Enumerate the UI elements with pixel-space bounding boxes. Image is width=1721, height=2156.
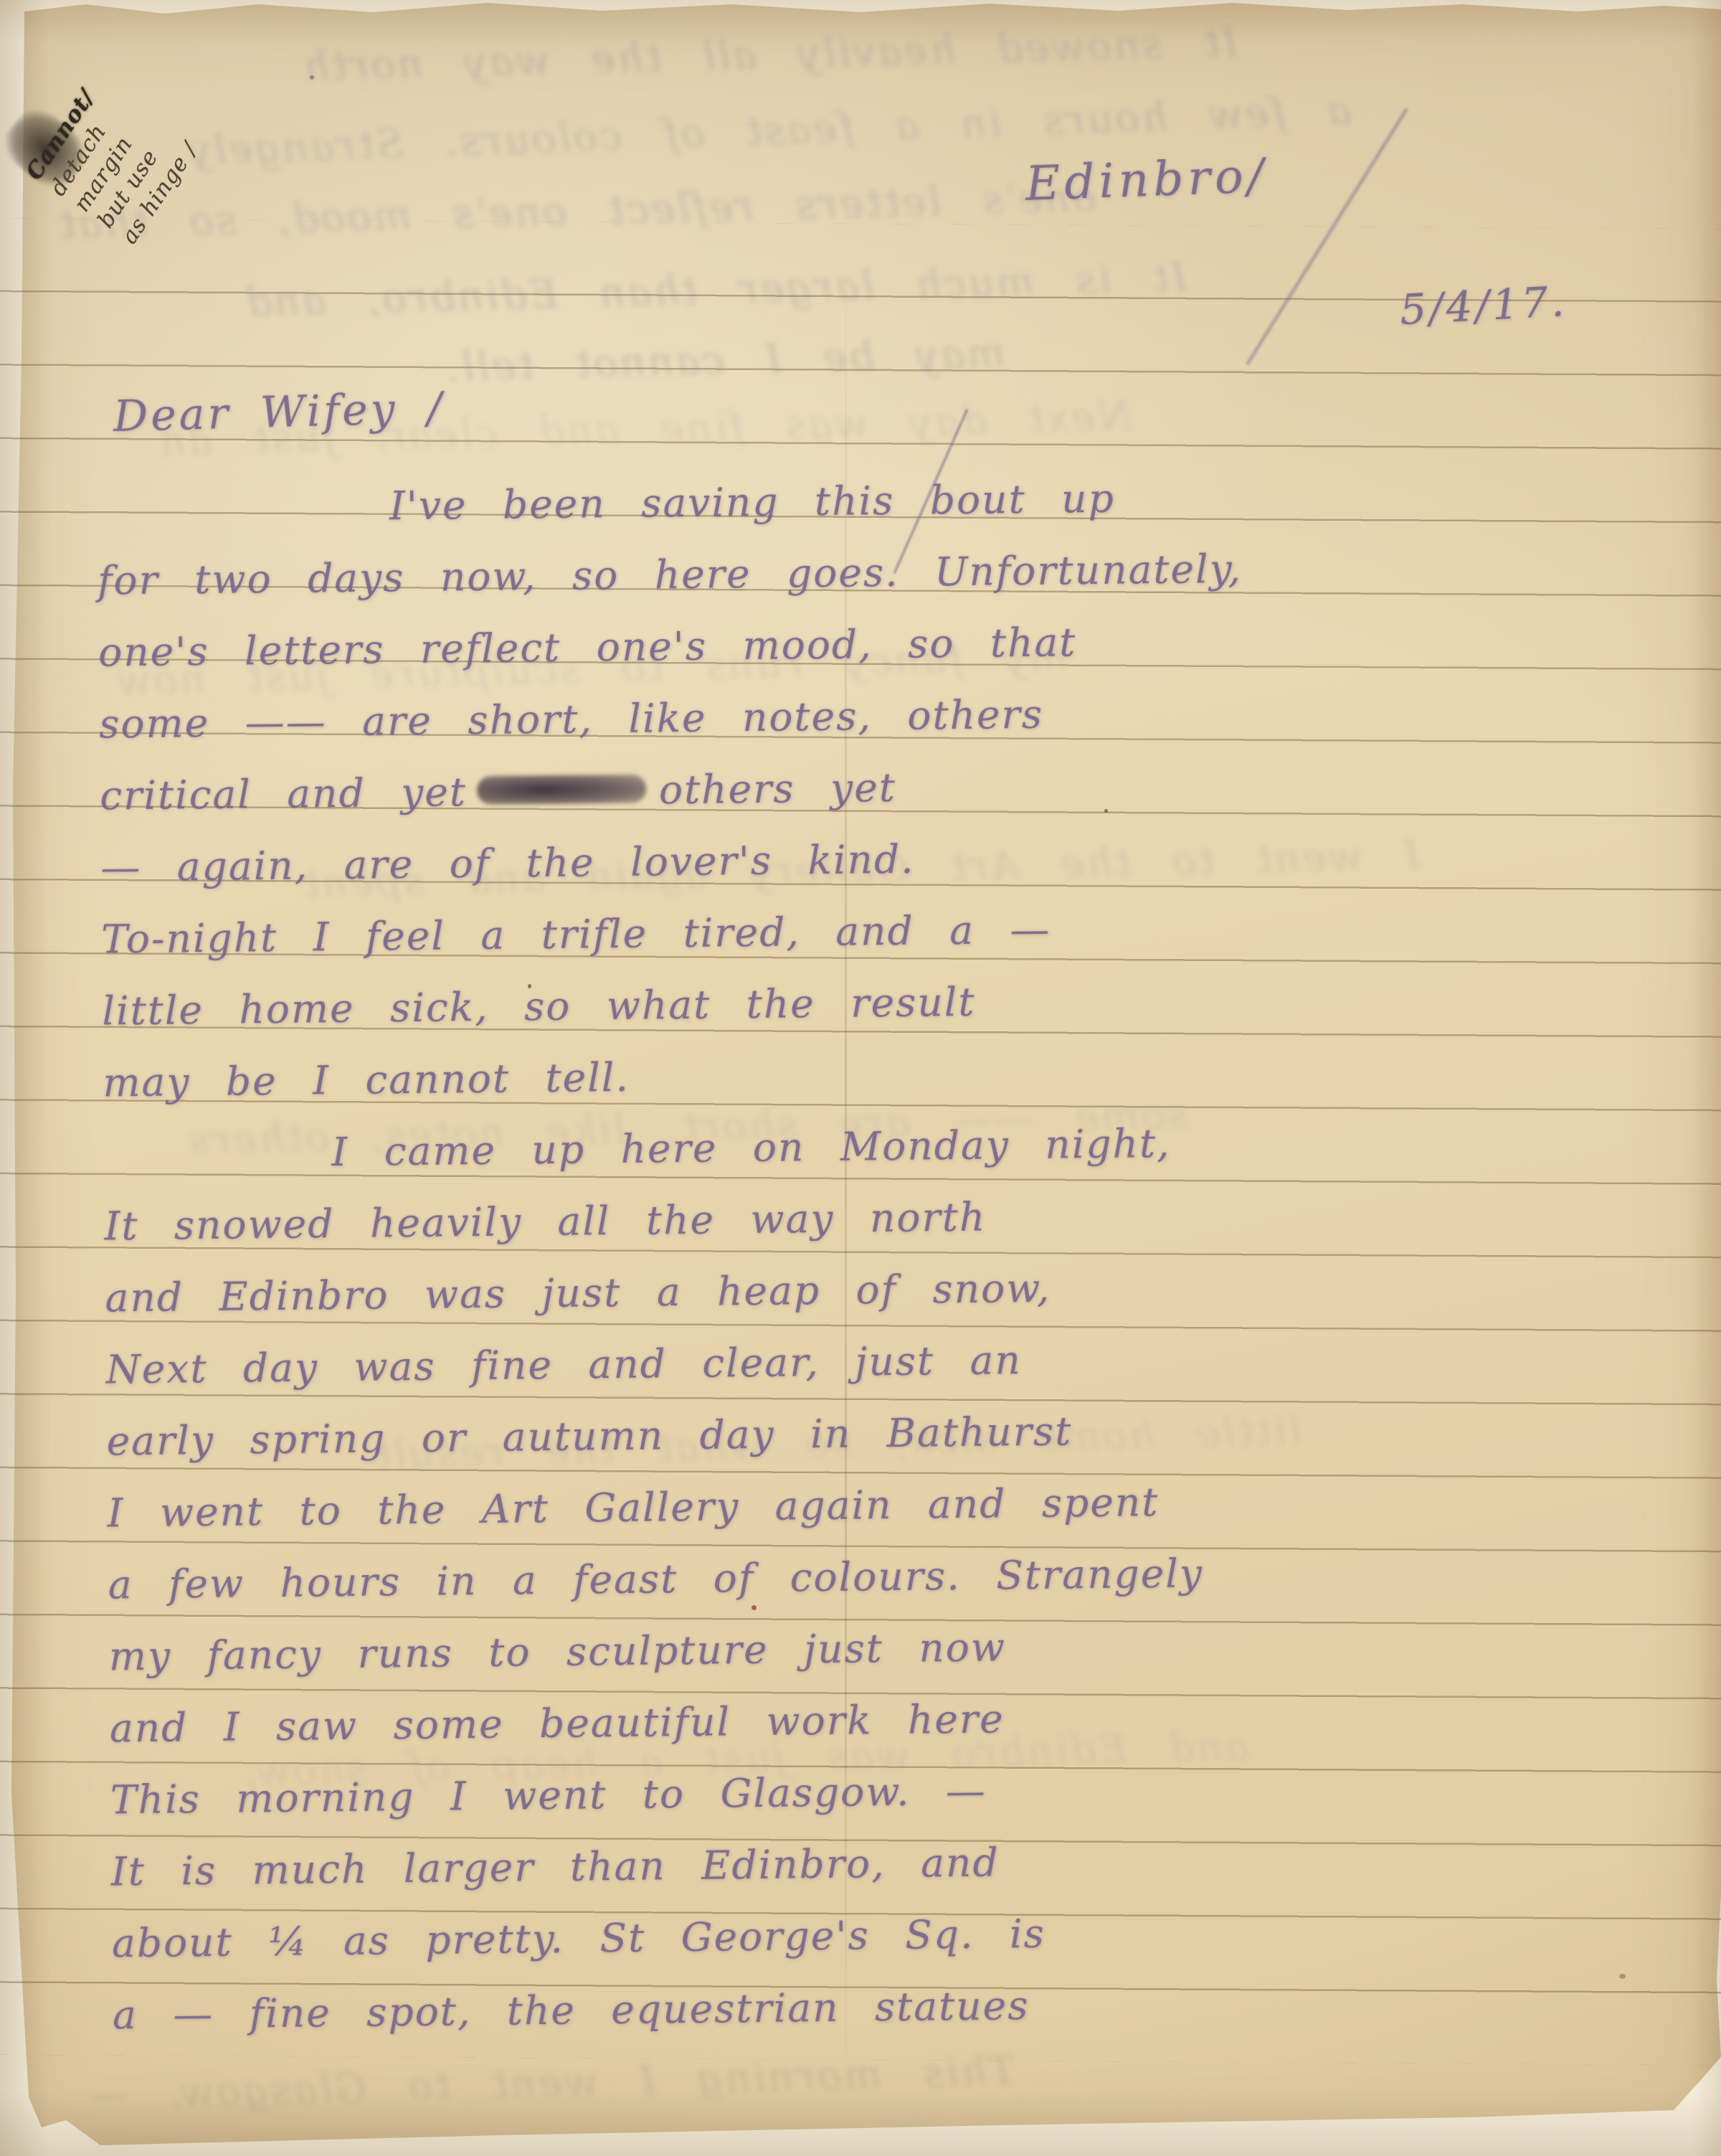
ink-speck — [752, 1605, 757, 1610]
ink-speck — [1104, 809, 1108, 813]
scribbled-out-word — [477, 775, 646, 805]
ink-speck — [528, 984, 531, 988]
letter-scan: It snowed heavily all the way north a fe… — [0, 0, 1721, 2156]
letter-line-text: others yet — [659, 765, 897, 813]
ink-speck — [1619, 1974, 1626, 1979]
letter-place: Edinbro/ — [1025, 148, 1269, 212]
letter-body: I've been saving this bout up for two da… — [97, 457, 1687, 2051]
letter-salutation: Dear Wifey / — [113, 383, 445, 442]
letter-line-text: critical and yet — [100, 769, 467, 818]
ink-speck — [310, 75, 314, 80]
letter-date: 5/4/17. — [1398, 277, 1568, 334]
